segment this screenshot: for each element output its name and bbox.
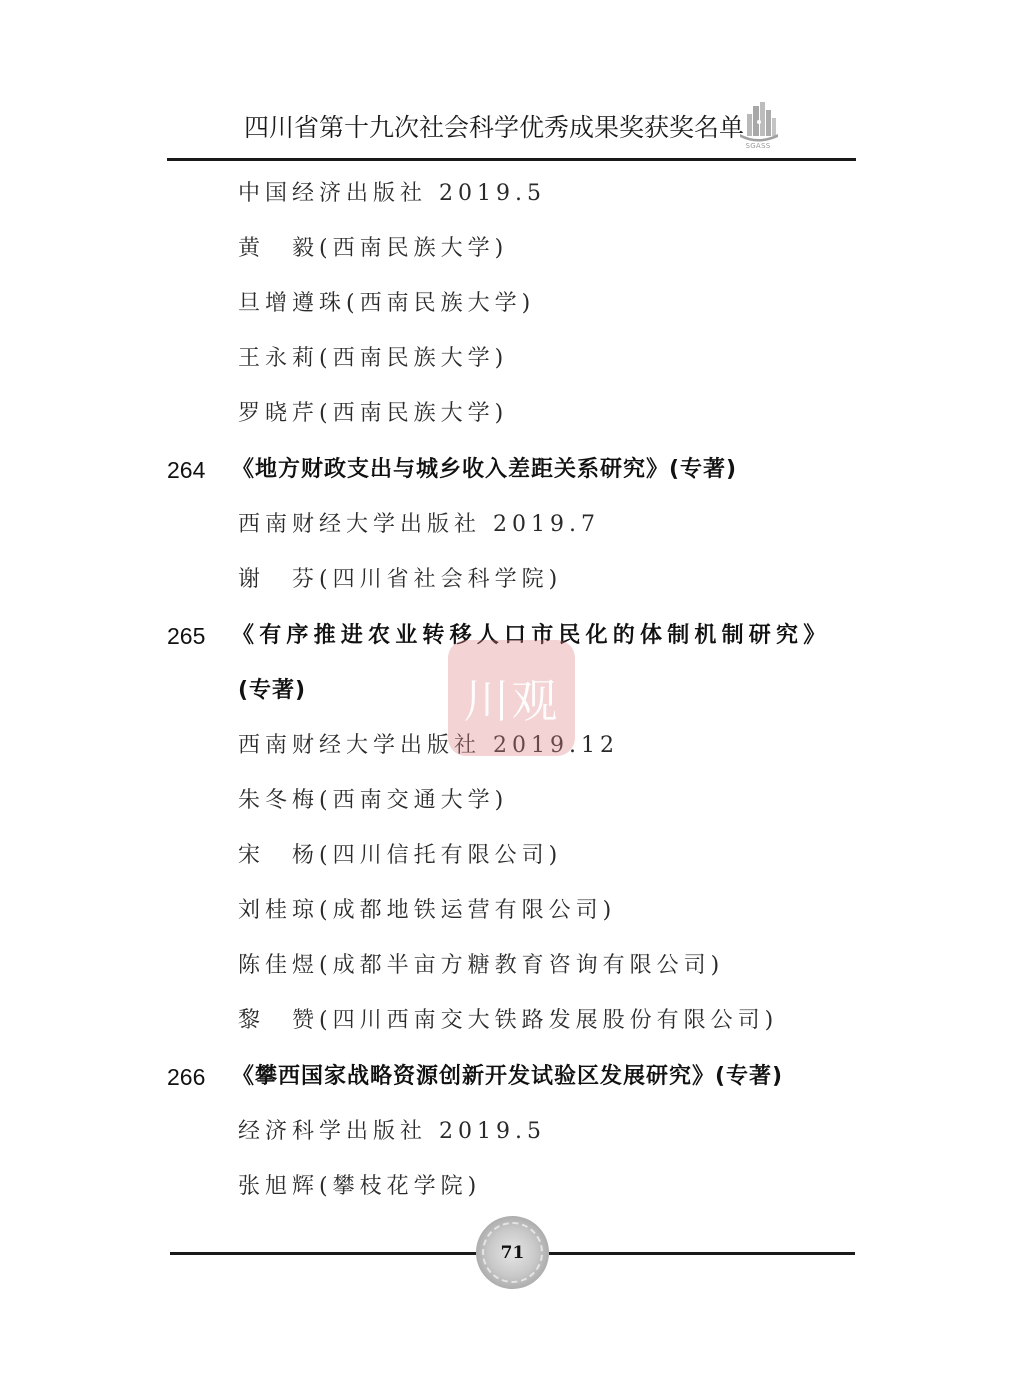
author-line: 罗晓芹(西南民族大学) xyxy=(238,397,508,431)
author-line: 宋 杨(四川信托有限公司) xyxy=(238,839,562,873)
entry-title-continuation: (专著) xyxy=(238,674,306,708)
author-line: 刘桂琼(成都地铁运营有限公司) xyxy=(238,894,616,928)
author-line: 王永莉(西南民族大学) xyxy=(238,342,508,376)
logo-label: SGASS xyxy=(734,142,782,150)
page-number: 71 xyxy=(501,1243,525,1263)
entry-number: 264 xyxy=(167,453,205,487)
footer-divider-left xyxy=(170,1252,476,1255)
entry-title: 《地方财政支出与城乡收入差距关系研究》(专著) xyxy=(232,453,737,487)
running-header-title: 四川省第十九次社会科学优秀成果奖获奖名单 xyxy=(244,110,744,146)
author-line: 谢 芬(四川省社会科学院) xyxy=(238,563,562,597)
footer-divider-right xyxy=(549,1252,855,1255)
watermark-text: 川观 xyxy=(464,665,560,731)
entry-title: 《攀西国家战略资源创新开发试验区发展研究》(专著) xyxy=(232,1060,783,1094)
publisher-line: 西南财经大学出版社 2019.12 xyxy=(238,729,619,763)
author-line: 朱冬梅(西南交通大学) xyxy=(238,784,508,818)
entry-title: 《有序推进农业转移人口市民化的体制机制研究》 xyxy=(232,619,830,653)
publisher-line: 西南财经大学出版社 2019.7 xyxy=(238,508,600,542)
header-divider xyxy=(167,158,856,161)
building-book-logo-icon: SGASS xyxy=(734,100,782,154)
entry-number: 266 xyxy=(167,1060,205,1094)
ornamental-medallion-icon: 71 xyxy=(476,1216,549,1289)
document-page: 四川省第十九次社会科学优秀成果奖获奖名单 SGASS 中国经济出版社 2019.… xyxy=(0,0,1024,1380)
author-line: 旦增遵珠(西南民族大学) xyxy=(238,287,535,321)
publisher-line: 中国经济出版社 2019.5 xyxy=(238,177,546,211)
author-line: 陈佳煜(成都半亩方糖教育咨询有限公司) xyxy=(238,949,724,983)
author-line: 张旭辉(攀枝花学院) xyxy=(238,1170,481,1204)
sgass-logo-graphic-icon xyxy=(734,100,782,144)
entry-number: 265 xyxy=(167,619,205,653)
author-line: 黎 赞(四川西南交大铁路发展股份有限公司) xyxy=(238,1004,778,1038)
author-line: 黄 毅(西南民族大学) xyxy=(238,232,508,266)
publisher-line: 经济科学出版社 2019.5 xyxy=(238,1115,546,1149)
